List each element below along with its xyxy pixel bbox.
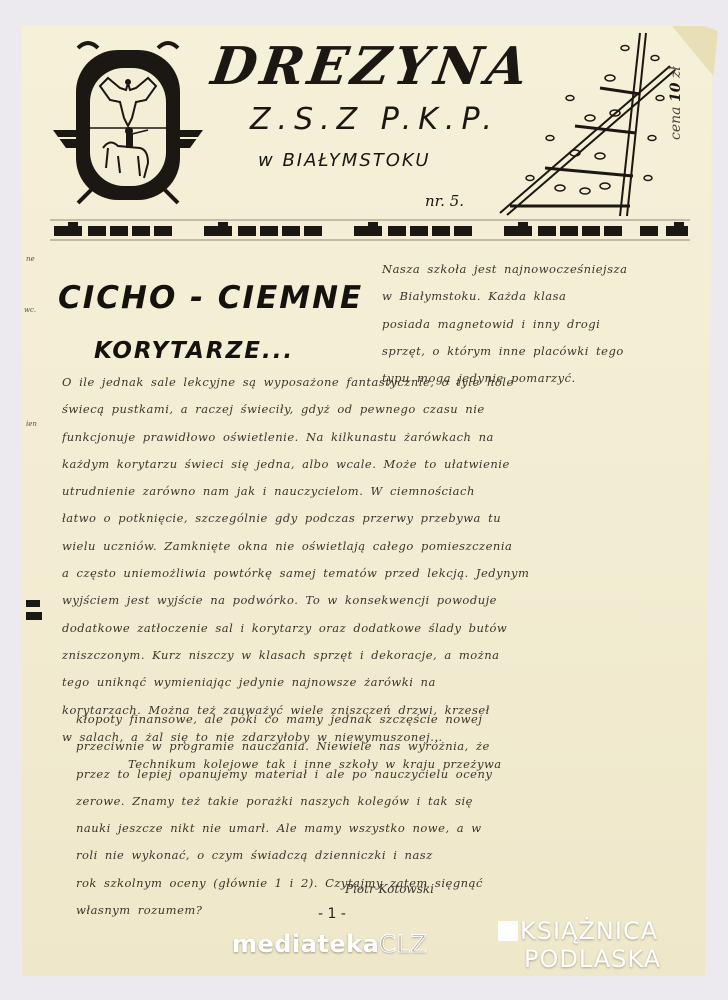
mediateka-text: mediateka: [232, 930, 379, 958]
ksiaznica-line: KSIĄŻNICA: [498, 917, 688, 945]
clz-text: CLZ: [379, 930, 427, 958]
crest-icon: [48, 38, 208, 208]
railway-tracks-icon: [490, 28, 680, 218]
text-line: utrudnienie zarówno nam jak i nauczyciel…: [62, 478, 702, 505]
text-line: tego uniknąć wymieniając jedynie najnows…: [62, 669, 702, 696]
text-line: O ile jednak sale lekcyjne są wyposażone…: [62, 369, 702, 396]
text-line: sprzęt, o którym inne placówki tego: [382, 338, 702, 365]
text-line: zerowe. Znamy też takie porażki naszych …: [76, 788, 706, 815]
margin-note: ne: [26, 255, 35, 263]
mediateka-watermark: mediatekaCLZ: [232, 930, 427, 958]
train-wagons-border-icon: [50, 218, 690, 242]
page-number: - 1 -: [318, 906, 346, 922]
margin-note: wc.: [24, 306, 36, 314]
newspaper-city: w BIAŁYMSTOKU: [258, 150, 431, 171]
train-fragment-icon: [24, 598, 46, 624]
newspaper-title: DREZYNA: [208, 36, 535, 97]
text-line: każdym korytarzu świeci się jedna, albo …: [62, 451, 702, 478]
text-line: wyjściem jest wyjście na podwórko. To w …: [62, 587, 702, 614]
price-label: cena 10 zł: [668, 66, 684, 140]
text-line: nauki jeszcze nikt nie umarł. Ale mamy w…: [76, 815, 706, 842]
text-line: funkcjonuje prawidłowo oświetlenie. Na k…: [62, 424, 702, 451]
text-line: przeciwnie w programie nauczania. Niewie…: [76, 733, 706, 760]
text-line: wielu uczniów. Zamknięte okna nie oświet…: [62, 533, 702, 560]
price-value: 10: [668, 83, 684, 102]
book-block-icon: [498, 921, 518, 941]
text-line: przez to lepiej opanujemy materiał i ale…: [76, 761, 706, 788]
article-headline: CICHO - CIEMNE: [58, 280, 363, 316]
price-suffix: zł: [668, 66, 684, 78]
text-line: Nasza szkoła jest najnowocześniejsza: [382, 256, 702, 283]
text-line: zniszczonym. Kurz niszczy w klasach sprz…: [62, 642, 702, 669]
podlaska-line: PODLASKA: [498, 945, 688, 973]
newspaper-subtitle: Z.S.Z P.K.P.: [250, 102, 499, 137]
text-line: roli nie wykonać, o czym świadczą dzienn…: [76, 842, 706, 869]
text-line: dodatkowe zatłoczenie sal i korytarzy or…: [62, 615, 702, 642]
price-prefix: cena: [668, 107, 684, 141]
text-line: kłopoty finansowe, ale póki co mamy jedn…: [76, 706, 706, 733]
article-headline-continued: KORYTARZE...: [94, 338, 294, 364]
issue-number: nr. 5.: [425, 192, 464, 210]
margin-note: ien: [26, 420, 37, 428]
ksiaznica-podlaska-watermark: KSIĄŻNICA PODLASKA: [498, 917, 688, 973]
text-line: świecą pustkami, a raczej świeciły, gdyż…: [62, 396, 702, 423]
text-line: łatwo o potknięcie, szczególnie gdy podc…: [62, 505, 702, 532]
text-line: w Białymstoku. Każda klasa: [382, 283, 702, 310]
ksiaznica-text: KSIĄŻNICA: [520, 917, 658, 945]
author-signature: Piotr Kotowski: [345, 882, 434, 896]
text-line: posiada magnetowid i inny drogi: [382, 311, 702, 338]
text-line: a często uniemożliwia powtórkę samej tem…: [62, 560, 702, 587]
